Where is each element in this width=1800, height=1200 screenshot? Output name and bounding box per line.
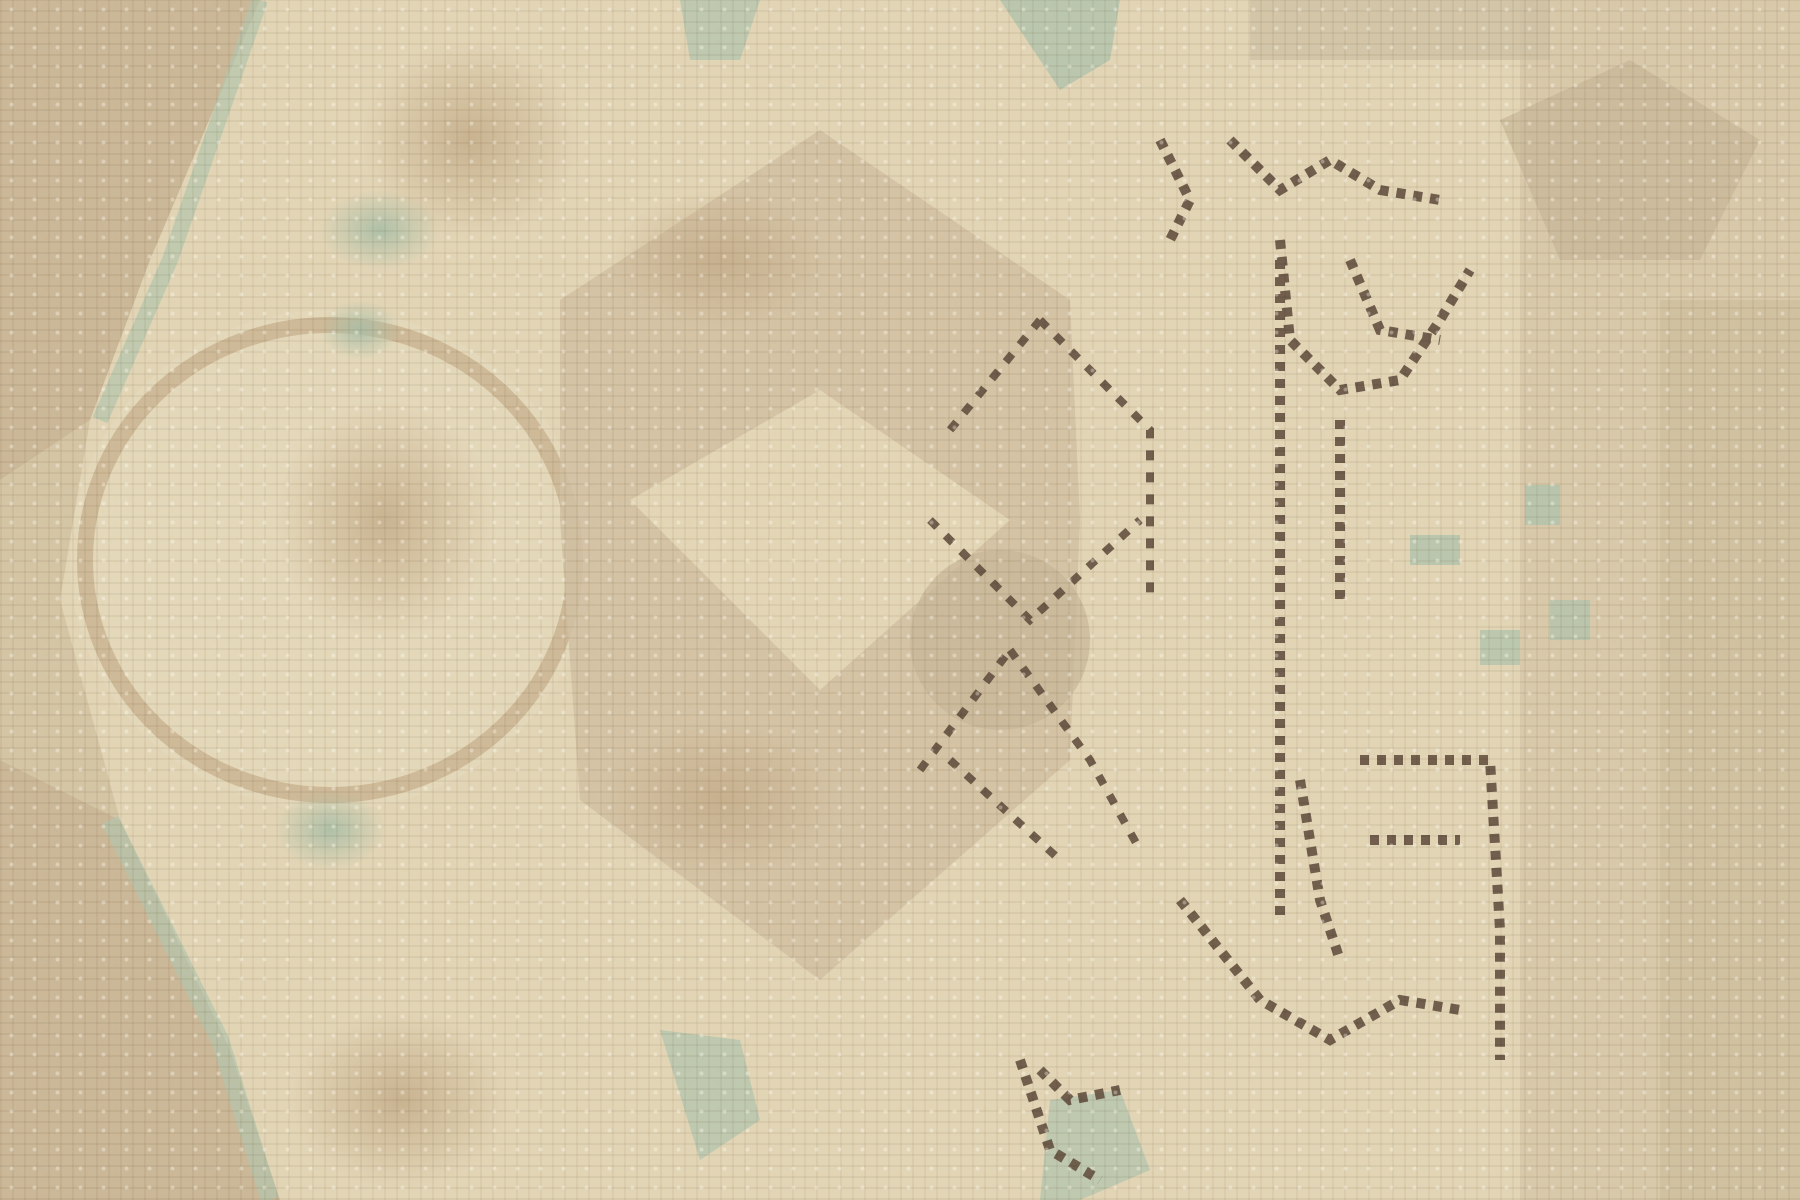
wool-sheen (0, 0, 1800, 1200)
rug-closeup-photo (0, 0, 1800, 1200)
